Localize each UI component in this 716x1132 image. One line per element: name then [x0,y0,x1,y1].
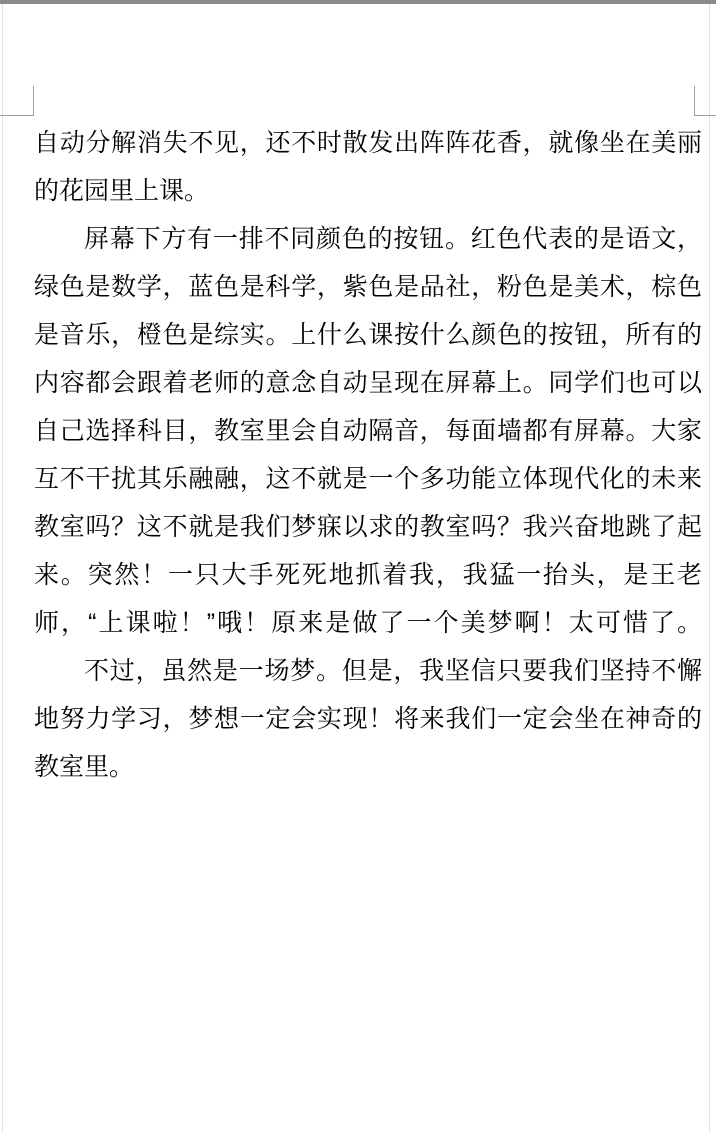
text-line[interactable]: 屏幕下方有一排不同颜色的按钮。红色代表的是语文， [34,215,702,263]
page-right-edge [709,4,710,1132]
text-line[interactable]: 师，“上课啦！”哦！原来是做了一个美梦啊！太可惜了。 [34,599,702,647]
text-line[interactable]: 教室里。 [34,743,702,791]
paragraph: 自动分解消失不见，还不时散发出阵阵花香，就像坐在美丽的花园里上课。 [34,119,702,215]
paragraph: 屏幕下方有一排不同颜色的按钮。红色代表的是语文，绿色是数学，蓝色是科学，紫色是品… [34,215,702,647]
text-line[interactable]: 不过，虽然是一场梦。但是，我坚信只要我们坚持不懈 [34,647,702,695]
margin-mark-top-right [694,86,716,116]
text-line[interactable]: 自己选择科目，教室里会自动隔音，每面墙都有屏幕。大家 [34,407,702,455]
document-page: { "page": { "background": "#ffffff", "to… [0,0,716,1132]
paragraph: 不过，虽然是一场梦。但是，我坚信只要我们坚持不懈地努力学习，梦想一定会实现！将来… [34,647,702,791]
text-line[interactable]: 地努力学习，梦想一定会实现！将来我们一定会坐在神奇的 [34,695,702,743]
document-text[interactable]: 自动分解消失不见，还不时散发出阵阵花香，就像坐在美丽的花园里上课。屏幕下方有一排… [34,119,702,791]
margin-mark-top-left [0,86,34,116]
text-line[interactable]: 自动分解消失不见，还不时散发出阵阵花香，就像坐在美丽 [34,119,702,167]
text-line[interactable]: 教室吗？这不就是我们梦寐以求的教室吗？我兴奋地跳了起 [34,503,702,551]
page-gap-bar [0,0,716,4]
text-line[interactable]: 是音乐，橙色是综实。上什么课按什么颜色的按钮，所有的 [34,311,702,359]
text-line[interactable]: 互不干扰其乐融融，这不就是一个多功能立体现代化的未来 [34,455,702,503]
text-line[interactable]: 的花园里上课。 [34,167,702,215]
text-line[interactable]: 来。突然！一只大手死死地抓着我，我猛一抬头，是王老 [34,551,702,599]
text-line[interactable]: 内容都会跟着老师的意念自动呈现在屏幕上。同学们也可以 [34,359,702,407]
text-line[interactable]: 绿色是数学，蓝色是科学，紫色是品社，粉色是美术，棕色 [34,263,702,311]
page-left-edge [2,4,3,1132]
